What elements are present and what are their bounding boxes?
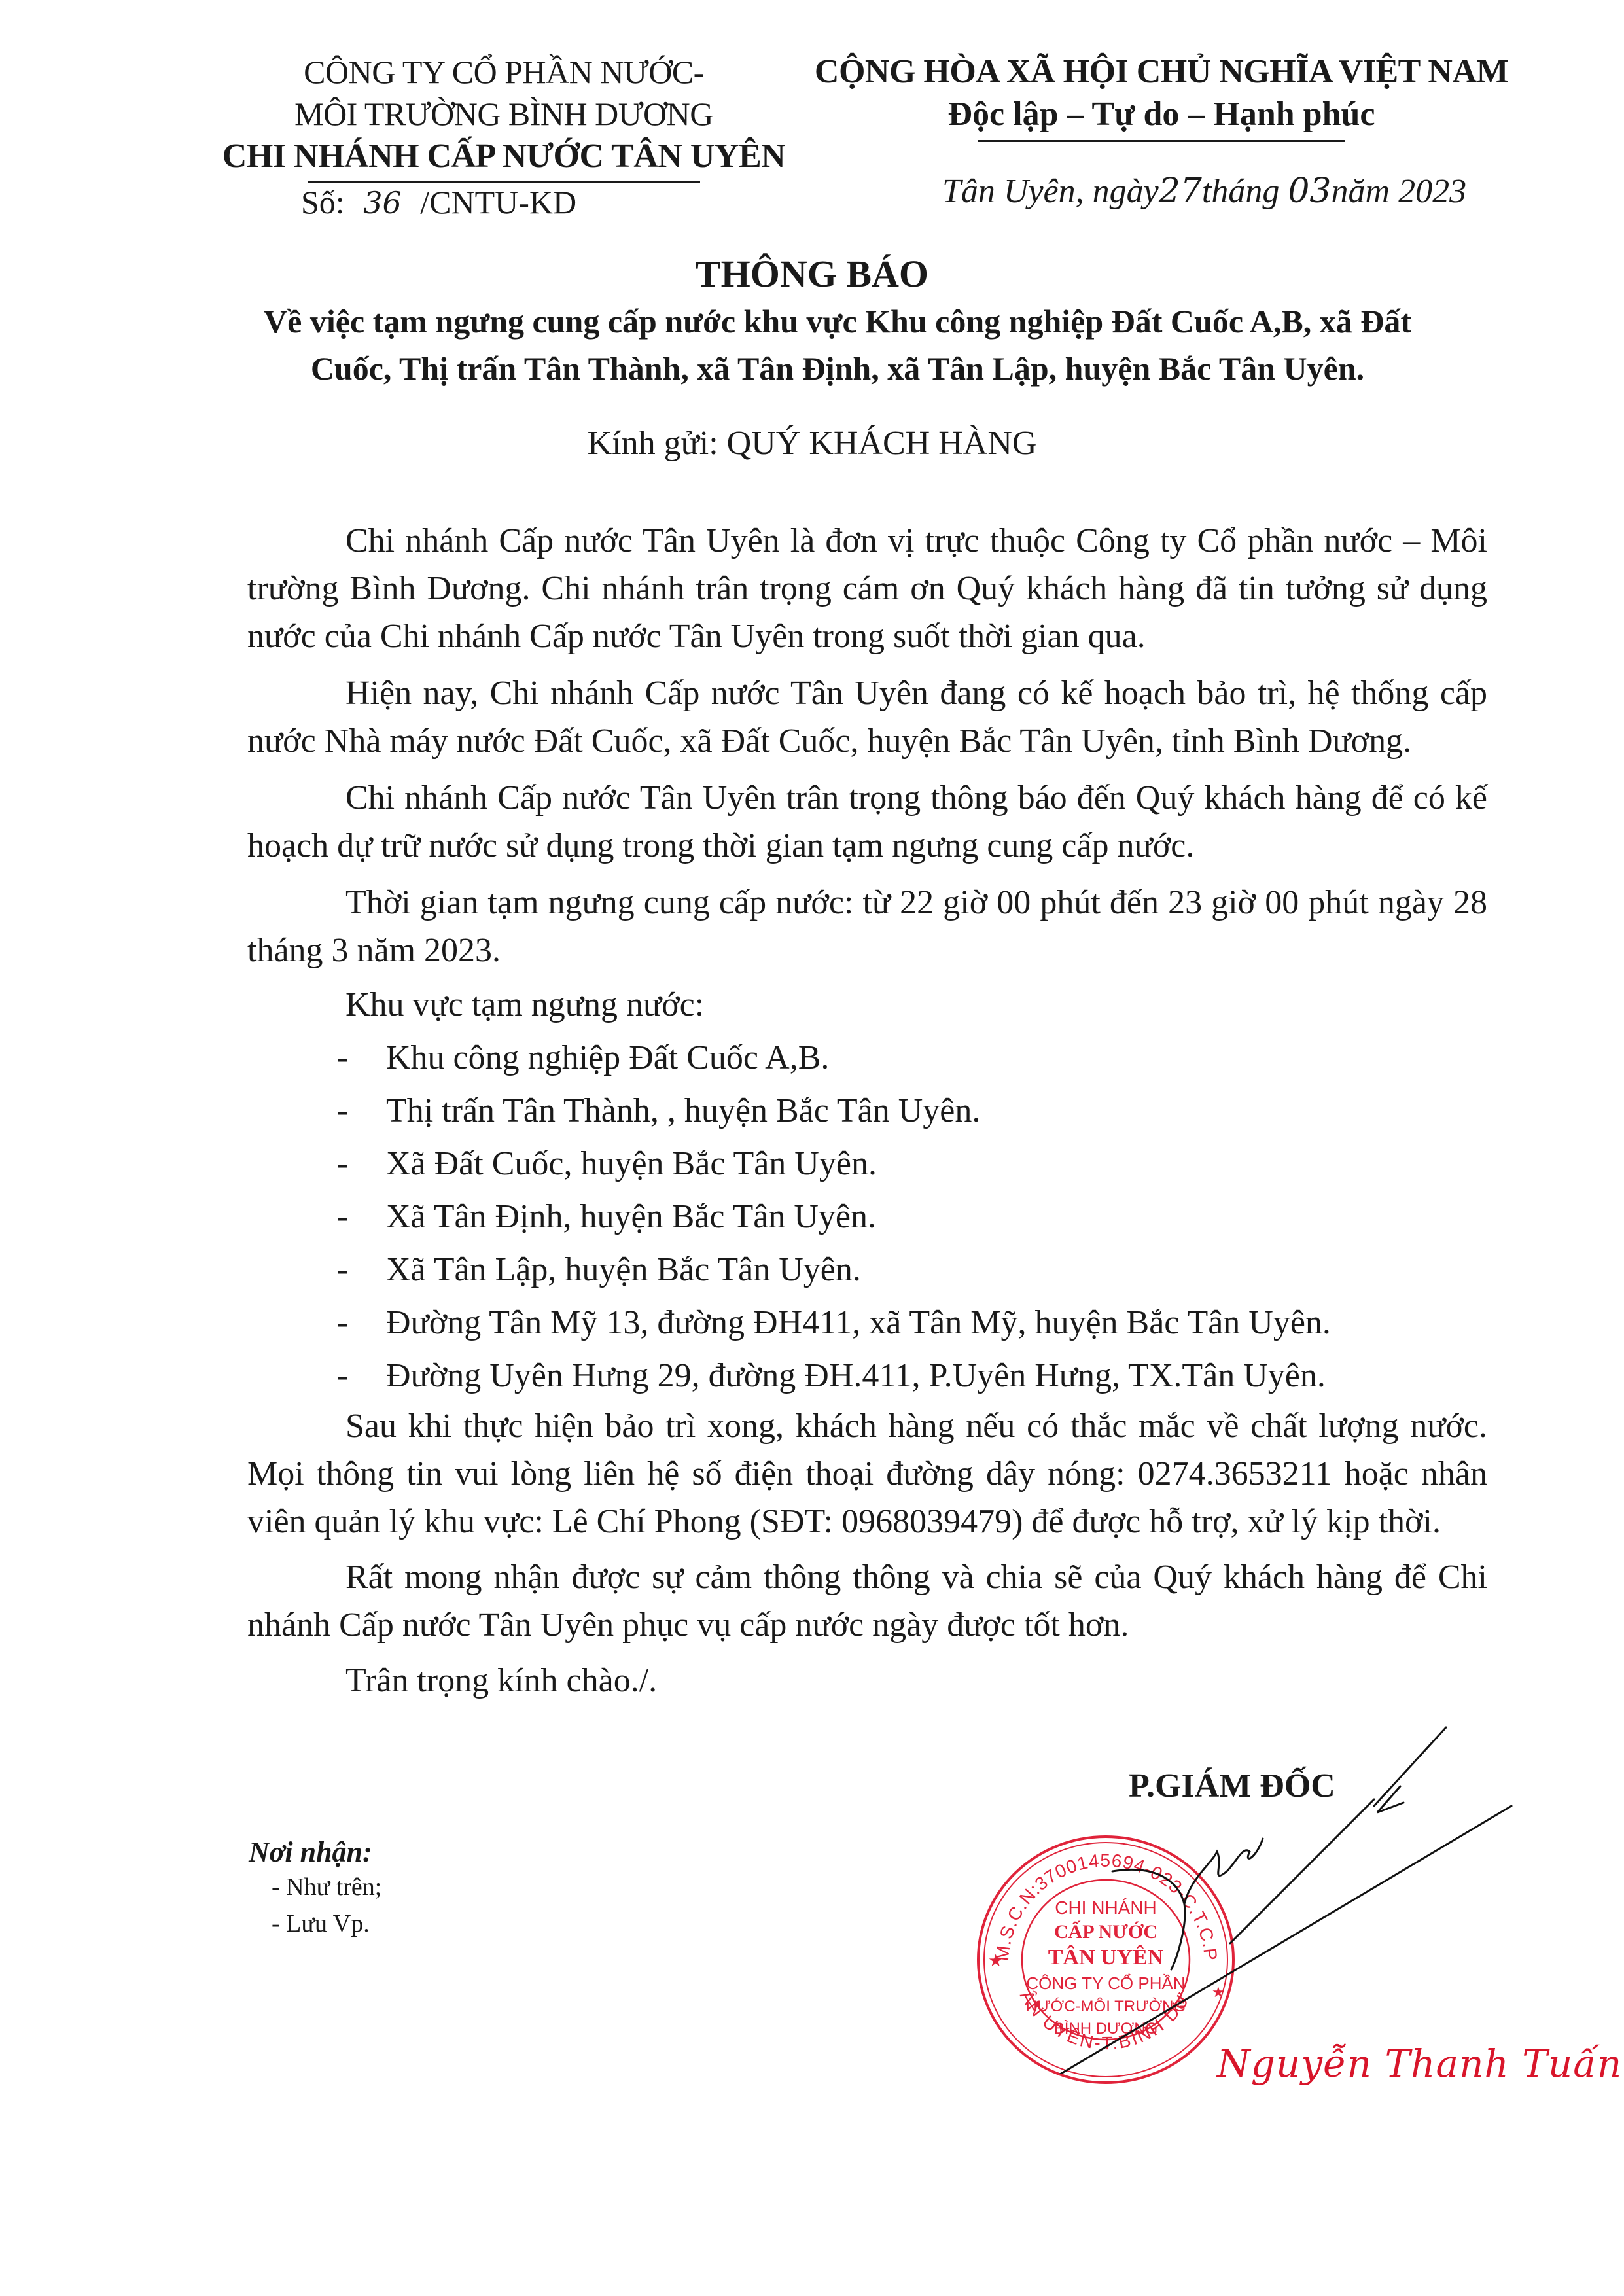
issuer-header: CÔNG TY CỔ PHẦN NƯỚC- MÔI TRƯỜNG BÌNH DƯ… xyxy=(216,51,792,183)
date-prefix: Tân Uyên, ngày xyxy=(942,173,1159,210)
paragraph-intro: Chi nhánh Cấp nước Tân Uyên là đơn vị tr… xyxy=(247,517,1487,660)
recipient-item: - Như trên; xyxy=(249,1869,381,1905)
areas-list: -Khu công nghiệp Đất Cuốc A,B. -Thị trấn… xyxy=(247,1034,1487,1400)
recipients-block: Nơi nhận: - Như trên; - Lưu Vp. xyxy=(249,1835,381,1942)
recipient-item: - Lưu Vp. xyxy=(249,1905,381,1942)
date-month: 03 xyxy=(1288,171,1331,211)
national-header: CỘNG HÒA XÃ HỘI CHỦ NGHĨA VIỆT NAM Độc l… xyxy=(811,51,1511,142)
bullet-dash-icon: - xyxy=(337,1299,386,1347)
signer-name: Nguyễn Thanh Tuấn xyxy=(1217,2041,1622,2086)
list-item: -Xã Tân Lập, huyện Bắc Tân Uyên. xyxy=(247,1246,1487,1294)
date-month-label: tháng xyxy=(1202,173,1279,210)
bullet-dash-icon: - xyxy=(337,1087,386,1135)
bullet-dash-icon: - xyxy=(337,1352,386,1400)
issuer-underline xyxy=(308,181,700,183)
document-body: Chi nhánh Cấp nước Tân Uyên là đơn vị tr… xyxy=(247,517,1487,1704)
date-day: 27 xyxy=(1159,171,1202,211)
date-year: năm 2023 xyxy=(1332,173,1467,210)
recipient-line: Kính gửi: QUÝ KHÁCH HÀNG xyxy=(0,424,1624,463)
doc-no-value: 36 xyxy=(363,185,402,221)
national-motto: Độc lập – Tự do – Hạnh phúc xyxy=(811,93,1511,136)
motto-underline xyxy=(978,140,1345,142)
bullet-dash-icon: - xyxy=(337,1246,386,1294)
paragraph-notice: Chi nhánh Cấp nước Tân Uyên trân trọng t… xyxy=(247,774,1487,870)
issuer-company-line2: MÔI TRƯỜNG BÌNH DƯƠNG xyxy=(216,93,792,135)
document-subtitle: Về việc tạm ngưng cung cấp nước khu vực … xyxy=(249,298,1426,392)
list-item: -Xã Tân Định, huyện Bắc Tân Uyên. xyxy=(247,1193,1487,1241)
bullet-dash-icon: - xyxy=(337,1034,386,1082)
bullet-dash-icon: - xyxy=(337,1140,386,1188)
paragraph-maintenance: Hiện nay, Chi nhánh Cấp nước Tân Uyên đa… xyxy=(247,669,1487,765)
issuer-company-line1: CÔNG TY CỔ PHẦN NƯỚC- xyxy=(216,51,792,93)
national-title: CỘNG HÒA XÃ HỘI CHỦ NGHĨA VIỆT NAM xyxy=(811,51,1511,93)
doc-no-suffix: /CNTU-KD xyxy=(420,184,576,221)
paragraph-schedule: Thời gian tạm ngưng cung cấp nước: từ 22… xyxy=(247,879,1487,974)
document-number: Số: 36 /CNTU-KD xyxy=(301,183,576,221)
document-title: THÔNG BÁO xyxy=(0,252,1624,296)
recipients-heading: Nơi nhận: xyxy=(249,1835,381,1869)
list-item: -Khu công nghiệp Đất Cuốc A,B. xyxy=(247,1034,1487,1082)
issuer-branch: CHI NHÁNH CẤP NƯỚC TÂN UYÊN xyxy=(216,135,792,178)
list-item: -Đường Uyên Hưng 29, đường ĐH.411, P.Uyê… xyxy=(247,1352,1487,1400)
paragraph-thanks: Rất mong nhận được sự cảm thông thông và… xyxy=(247,1553,1487,1649)
list-item: -Đường Tân Mỹ 13, đường ĐH411, xã Tân Mỹ… xyxy=(247,1299,1487,1347)
handwritten-signature-icon xyxy=(1047,1708,1518,2074)
date-line: Tân Uyên, ngày27tháng 03năm 2023 xyxy=(942,171,1466,211)
list-item: -Xã Đất Cuốc, huyện Bắc Tân Uyên. xyxy=(247,1140,1487,1188)
doc-no-label: Số: xyxy=(301,184,345,221)
areas-label: Khu vực tạm ngưng nước: xyxy=(247,981,1487,1029)
closing-line: Trân trọng kính chào./. xyxy=(247,1657,1487,1704)
list-item: -Thị trấn Tân Thành, , huyện Bắc Tân Uyê… xyxy=(247,1087,1487,1135)
paragraph-contact: Sau khi thực hiện bảo trì xong, khách hà… xyxy=(247,1402,1487,1545)
svg-text:★: ★ xyxy=(988,1951,1003,1970)
bullet-dash-icon: - xyxy=(337,1193,386,1241)
